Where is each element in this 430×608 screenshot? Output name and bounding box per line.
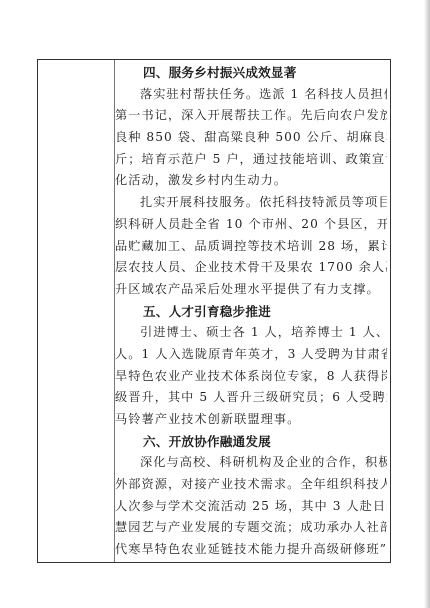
paragraph-line: 升区域农产品采后处理水平提供了有力支撑。 [115,279,387,301]
paragraph-line: 旱特色农业产业技术体系岗位专家，8 人获得岗位等 [115,366,387,388]
paragraph-line: 斤；培育示范户 5 户，通过技能培训、政策宣讲及文 [115,149,387,171]
paragraph-line: 外部资源，对接产业技术需求。全年组织科技人员 55 [115,474,387,496]
table-label-cell [38,60,115,562]
section-heading: 五、人才引育稳步推进 [115,301,387,323]
paragraph-line: 织科研人员赴全省 10 个市州、20 个县区，开展农产 [115,214,387,236]
paragraph-line: 扎实开展科技服务。依托科技特派员等项目，组 [115,192,387,214]
paragraph-line: 人次参与学术交流活动 25 场，其中 3 人赴日本进行智 [115,496,387,518]
paragraph-line: 深化与高校、科研机构及企业的合作，积极拓展 [115,452,387,474]
paragraph-line: 层农技人员、企业技术骨干及果农 1700 余人次，为提 [115,257,387,279]
paragraph-line: 落实驻村帮扶任务。选派 1 名科技人员担任驻村 [115,84,387,106]
paragraph-line: 化活动，激发乡村内生动力。 [115,170,387,192]
report-table: 四、服务乡村振兴成效显著 落实驻村帮扶任务。选派 1 名科技人员担任驻村 第一书… [37,59,391,563]
table-content-cell: 四、服务乡村振兴成效显著 落实驻村帮扶任务。选派 1 名科技人员担任驻村 第一书… [115,62,387,561]
section-heading: 六、开放协作融通发展 [115,431,387,453]
paragraph-line: 第一书记，深入开展帮扶工作。先后向农户发放玉米 [115,105,387,127]
paragraph-line: 级晋升，其中 5 人晋升三级研究员；6 人受聘为甘肃 [115,387,387,409]
paragraph-line: 代寒旱特色农业延链技术能力提升高级研修班”，提升 [115,539,387,561]
paragraph-line: 品贮藏加工、品质调控等技术培训 28 场，累计培训基 [115,236,387,258]
paragraph-line: 马铃薯产业技术创新联盟理事。 [115,409,387,431]
paragraph-line: 引进博士、硕士各 1 人，培养博士 1 人、硕士 4 [115,322,387,344]
paragraph-line: 慧园艺与产业发展的专题交流；成功承办人社部“现 [115,517,387,539]
section-heading: 四、服务乡村振兴成效显著 [115,62,387,84]
paragraph-line: 良种 850 袋、甜高粱良种 500 公斤、胡麻良种 220 公 [115,127,387,149]
page-edge-shadow [424,0,430,608]
paragraph-line: 人。1 人入选陇原青年英才，3 人受聘为甘肃省现代寒 [115,344,387,366]
